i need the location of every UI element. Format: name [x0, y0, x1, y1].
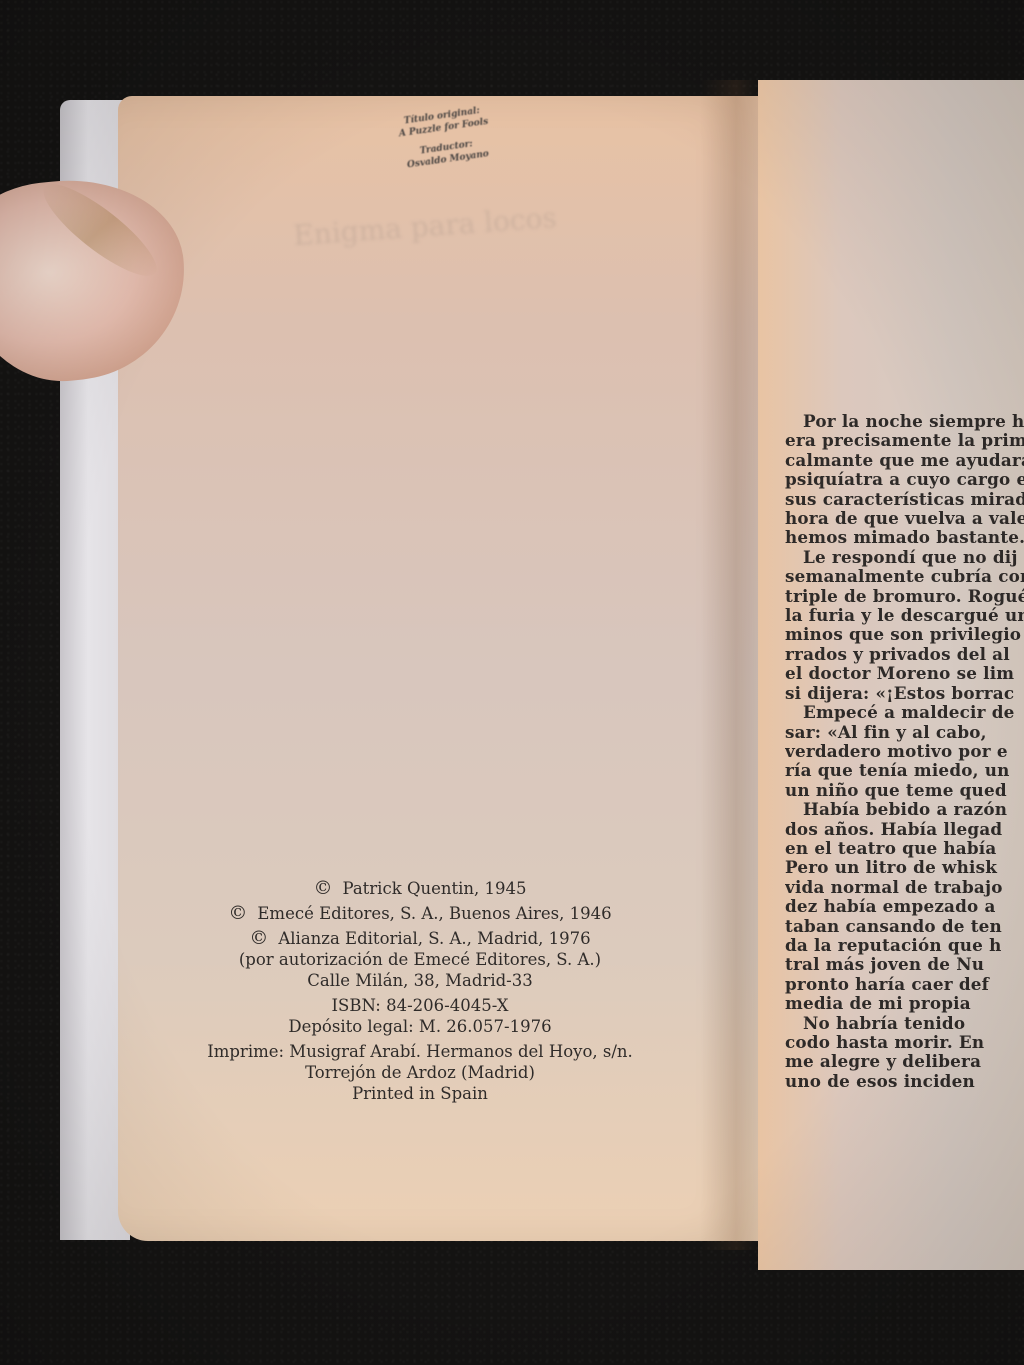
text-line: semanalmente cubría con — [785, 567, 1024, 586]
text-line: sus características miradas — [785, 490, 1024, 509]
authorization-line: (por autorización de Emecé Editores, S. … — [180, 949, 660, 970]
copyright-line: ©Emecé Editores, S. A., Buenos Aires, 19… — [180, 903, 660, 924]
text-line: da la reputación que h — [785, 936, 1024, 955]
text-line: un niño que teme qued — [785, 781, 1024, 800]
text-line: en el teatro que había — [785, 839, 1024, 858]
copyright-icon: © — [249, 927, 268, 949]
text-line: dos años. Había llegad — [785, 820, 1024, 839]
copyright-line: ©Patrick Quentin, 1945 — [180, 878, 660, 899]
text-line: taban cansando de ten — [785, 917, 1024, 936]
printed-in-line: Printed in Spain — [180, 1083, 660, 1104]
text-line: ría que tenía miedo, un — [785, 761, 1024, 780]
text-line: Empecé a maldecir de — [785, 703, 1024, 722]
text-line: me alegre y delibera — [785, 1052, 1024, 1071]
text-line: sar: «Al fin y al cabo, — [785, 723, 1024, 742]
text-line: media de mi propia — [785, 994, 1024, 1013]
text-line: Por la noche siempre hab — [785, 412, 1024, 431]
text-line: rrados y privados del al — [785, 645, 1024, 664]
photo-scene: Título original: A Puzzle for Fools Trad… — [0, 0, 1024, 1365]
text-line: el doctor Moreno se lim — [785, 664, 1024, 683]
text-line: la furia y le descargué un — [785, 606, 1024, 625]
isbn-line: ISBN: 84-206-4045-X — [180, 995, 660, 1016]
printer-line: Imprime: Musigraf Arabí. Hermanos del Ho… — [180, 1041, 660, 1062]
text-line: minos que son privilegio — [785, 625, 1024, 644]
text-line: Había bebido a razón — [785, 800, 1024, 819]
text-line: uno de esos inciden — [785, 1072, 1024, 1091]
text-line: psiquíatra a cuyo cargo est — [785, 470, 1024, 489]
text-line: calmante que me ayudara — [785, 451, 1024, 470]
text-line: verdadero motivo por e — [785, 742, 1024, 761]
text-line: No habría tenido — [785, 1014, 1024, 1033]
text-line: triple de bromuro. Rogué — [785, 587, 1024, 606]
printer-location-line: Torrejón de Ardoz (Madrid) — [180, 1062, 660, 1083]
copyright-colophon: ©Patrick Quentin, 1945 ©Emecé Editores, … — [180, 878, 660, 1104]
copyright-line: ©Alianza Editorial, S. A., Madrid, 1976 — [180, 928, 660, 949]
text-line: dez había empezado a — [785, 897, 1024, 916]
address-line: Calle Milán, 38, Madrid-33 — [180, 970, 660, 991]
text-line: Le respondí que no dij — [785, 548, 1024, 567]
text-line: pronto haría caer def — [785, 975, 1024, 994]
text-line: hora de que vuelva a valer — [785, 509, 1024, 528]
text-line: vida normal de trabajo — [785, 878, 1024, 897]
legal-deposit-line: Depósito legal: M. 26.057-1976 — [180, 1016, 660, 1037]
text-line: codo hasta morir. En — [785, 1033, 1024, 1052]
text-line: Pero un litro de whisk — [785, 858, 1024, 877]
text-line: tral más joven de Nu — [785, 955, 1024, 974]
text-line: si dijera: «¡Estos borrac — [785, 684, 1024, 703]
copyright-icon: © — [228, 902, 247, 924]
chapter-text: Por la noche siempre hab era precisament… — [785, 412, 1024, 1091]
copyright-icon: © — [313, 877, 332, 899]
text-line: hemos mimado bastante.» — [785, 528, 1024, 547]
text-line: era precisamente la primer — [785, 431, 1024, 450]
book-gutter — [700, 80, 760, 1250]
